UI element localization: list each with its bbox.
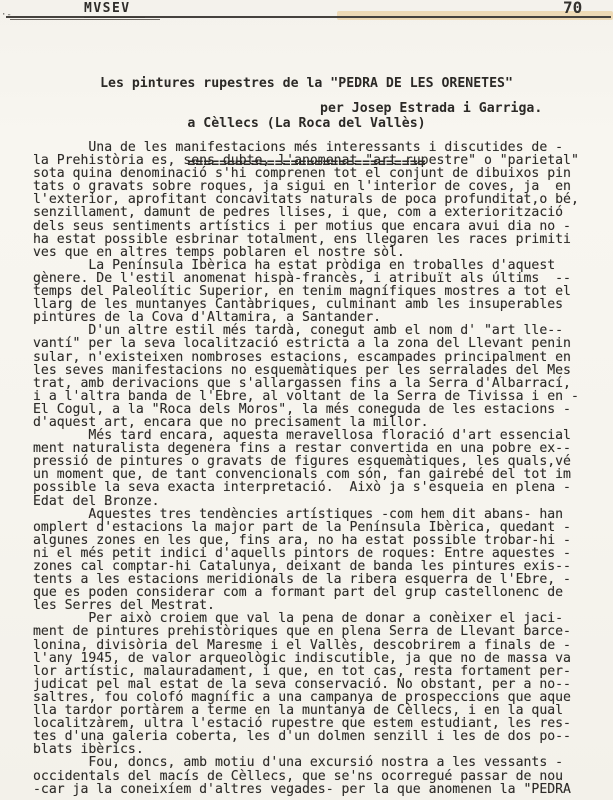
- body-line: lor artístic, malauradament, i que, en t…: [33, 665, 599, 678]
- body-line: algunes zones en les que, fins ara, no h…: [33, 534, 599, 547]
- body-line: possible la seva exacta interpretació. A…: [33, 481, 599, 494]
- body-line: Fou, doncs, amb motiu d'una excursió nos…: [33, 756, 599, 769]
- body-text: Una de les manifestacions més interessan…: [33, 141, 599, 796]
- body-line: -car ja la coneixíem d'altres vegades- p…: [33, 783, 599, 796]
- body-line: Edat del Bronze.: [33, 495, 599, 508]
- body-line: vantí" per la seva localització estricta…: [33, 337, 599, 350]
- body-line: sular, n'existeixen nombroses estacions,…: [33, 351, 599, 364]
- body-line: judicat pel mal estat de la seva conserv…: [33, 678, 599, 691]
- body-line: ves que en altres temps poblaren el nost…: [33, 246, 599, 259]
- body-line: senzillament, damunt de pedres llises, i…: [33, 206, 599, 219]
- body-line: La Península Ibèrica ha estat pròdiga en…: [33, 259, 599, 272]
- body-line: El Cogul, a la "Roca dels Moros", la més…: [33, 403, 599, 416]
- margin-mark: ·-: [1, 10, 12, 20]
- body-line: dels seus sentiments artístics i per mot…: [33, 220, 599, 233]
- body-line: l'any 1945, de valor arqueològic indiscu…: [33, 652, 599, 665]
- journal-title: MVSEV: [84, 1, 145, 18]
- body-line: trat, amb derivacions que s'allargassen …: [33, 377, 599, 390]
- body-line: occidentals del macís de Cèllecs, que se…: [33, 770, 599, 783]
- body-line: les seves manifestacions no esquemàtique…: [33, 364, 599, 377]
- article-title-line-2: a Cèllecs (La Roca del Vallès): [0, 117, 613, 130]
- document-page: ·- MVSEV 70 Les pintures rupestres de la…: [0, 0, 613, 800]
- body-line: i a l'altra banda de l'Ebre, al voltant …: [33, 390, 599, 403]
- byline: per Josep Estrada i Garriga.: [320, 101, 542, 116]
- body-line: lonina, divisòria del Maresme i el Vallè…: [33, 639, 599, 652]
- body-line: omplert d'estacions la major part de la …: [33, 521, 599, 534]
- body-line: Aquestes tres tendències artístiques -co…: [33, 508, 599, 521]
- body-line: ha estat possible esbrinar totalment, en…: [33, 233, 599, 246]
- header-rule-secondary: [10, 19, 160, 20]
- article-title-line-1: Les pintures rupestres de la "PEDRA DE L…: [0, 77, 613, 90]
- page-number: 70: [563, 0, 582, 17]
- body-line: ment de pintures prehistòriques que en p…: [33, 625, 599, 638]
